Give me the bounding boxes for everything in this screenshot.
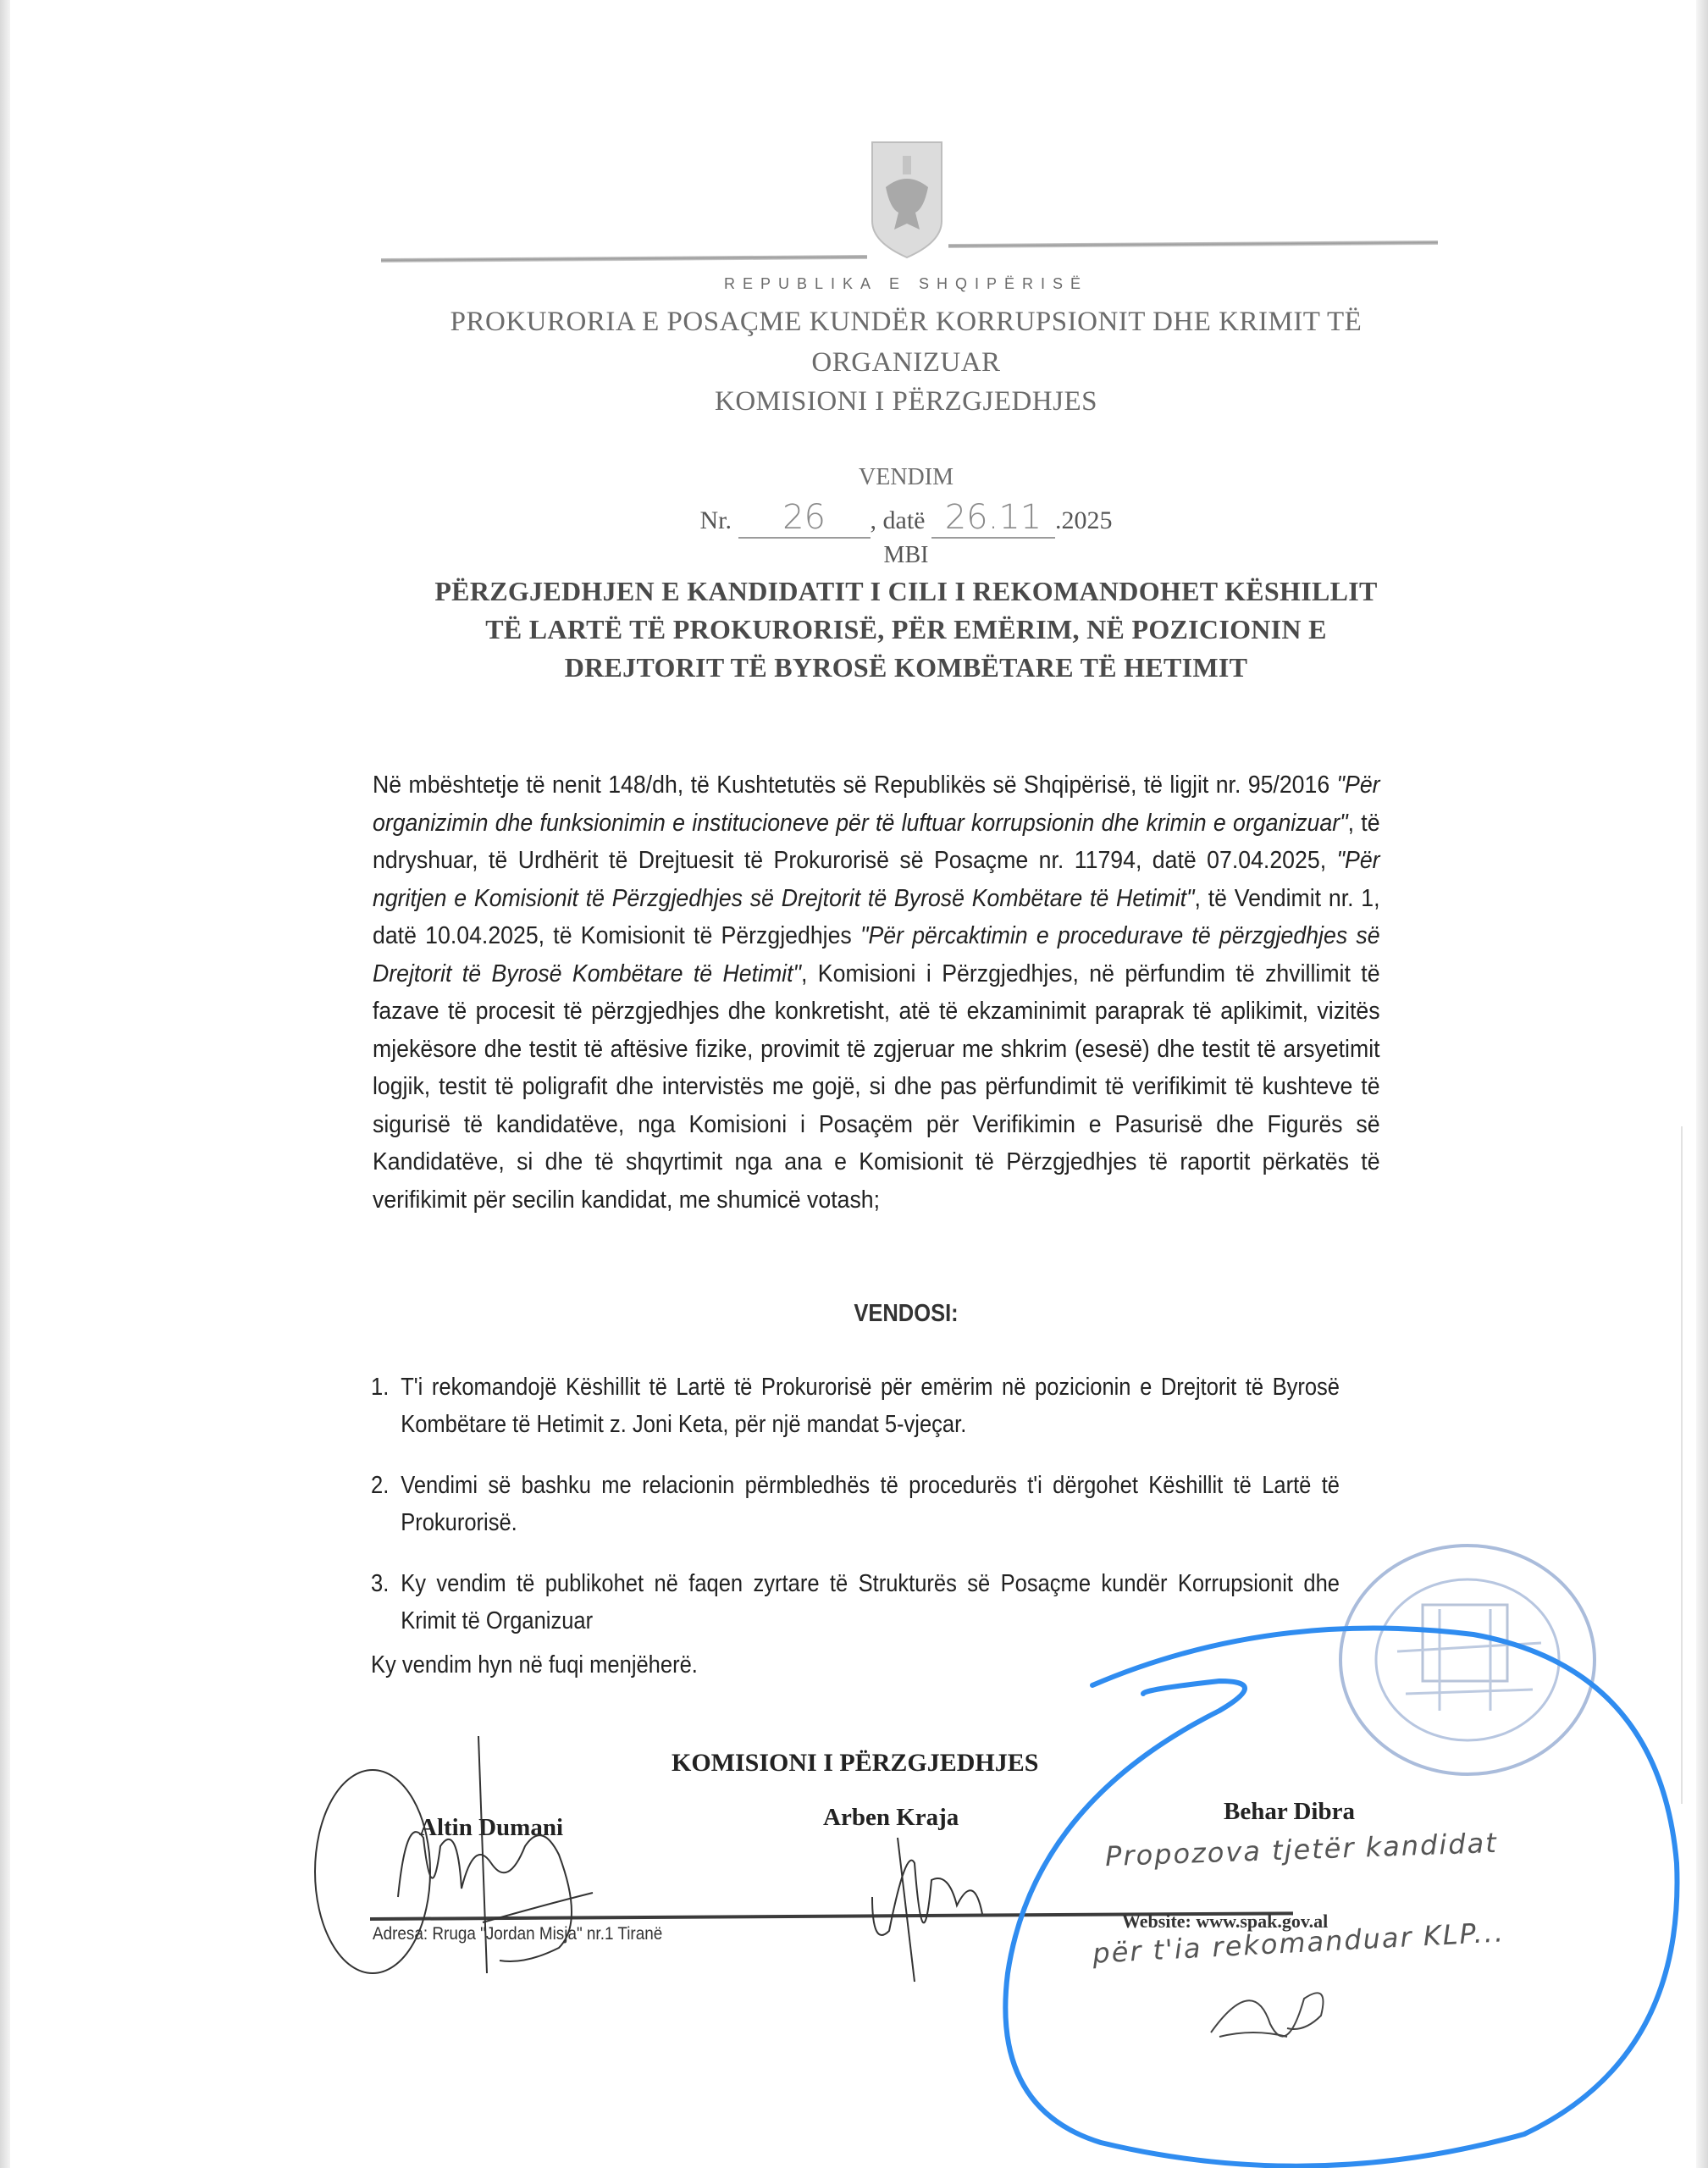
decision-number: 26 — [738, 498, 871, 539]
signatory-name: Arben Kraja — [823, 1804, 959, 1832]
decision-list: 1. T'i rekomandojë Këshillit të Lartë të… — [371, 1369, 1340, 1663]
page-fold-line — [1681, 1126, 1683, 1804]
header-rule-right — [948, 241, 1438, 248]
decision-date: 26.11 — [931, 498, 1055, 539]
handwritten-note-line1: Propozova tjetër kandidat — [1104, 1827, 1498, 1872]
item-number: 3. — [371, 1565, 401, 1640]
item-number: 2. — [371, 1467, 401, 1541]
decision-item: 3. Ky vendim të publikohet në faqen zyrt… — [371, 1565, 1340, 1640]
item-text: T'i rekomandojë Këshillit të Lartë të Pr… — [401, 1369, 1340, 1443]
page-left-edge — [0, 0, 10, 2168]
highlight-circle-annotation — [1005, 1629, 1677, 2166]
page-right-edge — [1696, 0, 1708, 2168]
decision-item: 2. Vendimi së bashku me relacionin përmb… — [371, 1467, 1340, 1541]
signature-arben-kraja — [872, 1838, 982, 1982]
document-type: VENDIM — [356, 464, 1456, 491]
subject-line3: DREJTORIT TË BYROSË KOMBËTARE TË HETIMIT — [356, 652, 1456, 683]
committee-title: KOMISIONI I PËRZGJEDHJES — [672, 1749, 1038, 1778]
preamble-text-4: , Komisioni i Përzgjedhjes, në përfundim… — [373, 960, 1380, 1214]
institution-name-line1: PROKURORIA E POSAÇME KUNDËR KORRUPSIONIT… — [356, 307, 1456, 338]
signatory-name: Behar Dibra — [1224, 1798, 1355, 1826]
subject-line1: PËRZGJEDHJEN E KANDIDATIT I CILI I REKOM… — [356, 576, 1456, 607]
header-rule-left — [381, 255, 867, 263]
subject-line2: TË LARTË TË PROKURORISË, PËR EMËRIM, NË … — [356, 614, 1456, 645]
item-number: 1. — [371, 1369, 401, 1443]
preamble-paragraph: Në mbështetje të nenit 148/dh, të Kushte… — [373, 766, 1380, 1219]
signature-behar-dibra — [1211, 1993, 1324, 2037]
decision-item: 1. T'i rekomandojë Këshillit të Lartë të… — [371, 1369, 1340, 1443]
institution-name-line3: KOMISIONI I PËRZGJEDHJES — [356, 386, 1456, 418]
albanian-coat-of-arms-icon — [869, 141, 945, 259]
item-text: Ky vendim të publikohet në faqen zyrtare… — [401, 1565, 1340, 1640]
signatory-name: Altin Dumani — [419, 1814, 563, 1842]
nr-label: Nr. — [700, 506, 732, 534]
official-stamp-icon — [1340, 1546, 1595, 1774]
decision-heading: VENDOSI: — [422, 1300, 1390, 1328]
date-label: , datë — [871, 506, 926, 534]
closing-statement: Ky vendim hyn në fuqi menjëherë. — [371, 1651, 698, 1679]
mbi-label: MBI — [356, 542, 1456, 569]
republic-label: REPUBLIKA E SHQIPËRISË — [356, 275, 1456, 293]
institution-name-line2: ORGANIZUAR — [356, 347, 1456, 379]
item-text: Vendimi së bashku me relacionin përmbled… — [401, 1467, 1340, 1541]
decision-number-line: Nr. 26, datë 26.11.2025 — [356, 498, 1456, 539]
preamble-text-1: Në mbështetje të nenit 148/dh, të Kushte… — [373, 772, 1337, 799]
decision-year: .2025 — [1055, 506, 1113, 534]
footer-address: Adresa: Rruga "Jordan Misja" nr.1 Tiranë — [373, 1924, 662, 1944]
